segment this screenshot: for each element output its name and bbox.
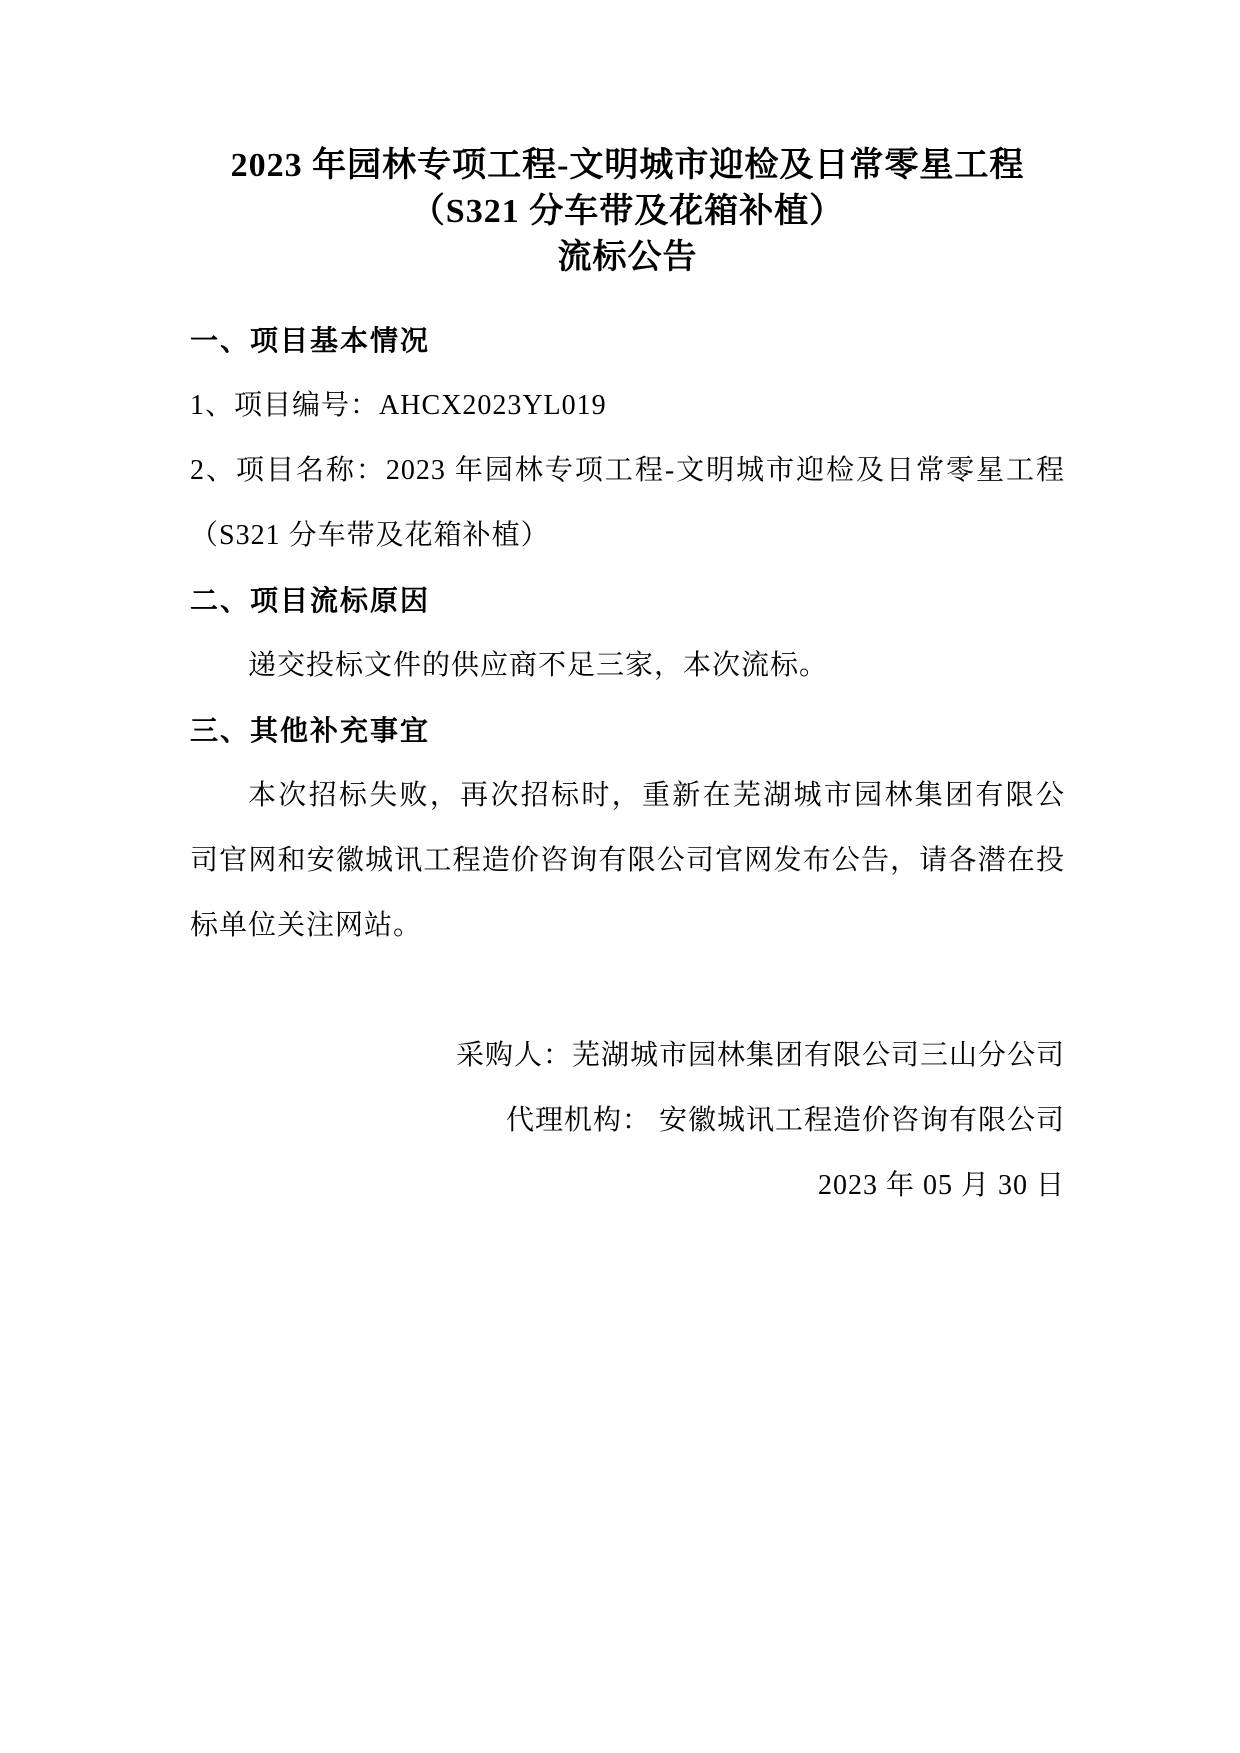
document-title-line3: 流标公告: [190, 235, 1065, 281]
failure-reason-text: 递交投标文件的供应商不足三家，本次流标。: [190, 633, 1065, 698]
project-number-line: 1、项目编号：AHCX2023YL019: [190, 373, 1065, 438]
document-title: 2023 年园林专项工程-文明城市迎检及日常零星工程 （S321 分车带及花箱补…: [190, 143, 1065, 281]
section1-heading: 一、项目基本情况: [190, 308, 1065, 373]
document-page: 2023 年园林专项工程-文明城市迎检及日常零星工程 （S321 分车带及花箱补…: [0, 0, 1240, 1753]
supplement-line2: 司官网和安徽城讯工程造价咨询有限公司官网发布公告，请各潜在投: [190, 828, 1065, 893]
purchaser-line: 采购人：芜湖城市园林集团有限公司三山分公司: [190, 1023, 1065, 1088]
document-title-line1: 2023 年园林专项工程-文明城市迎检及日常零星工程: [190, 143, 1065, 189]
document-body: 一、项目基本情况 1、项目编号：AHCX2023YL019 2、项目名称：202…: [190, 308, 1065, 1218]
agency-line: 代理机构： 安徽城讯工程造价咨询有限公司: [190, 1088, 1065, 1153]
supplement-line3: 标单位关注网站。: [190, 893, 1065, 958]
project-name-line1: 2、项目名称：2023 年园林专项工程-文明城市迎检及日常零星工程: [190, 438, 1065, 503]
supplement-line1: 本次招标失败，再次招标时，重新在芜湖城市园林集团有限公: [190, 763, 1065, 828]
section2-heading: 二、项目流标原因: [190, 568, 1065, 633]
date-line: 2023 年 05 月 30 日: [190, 1153, 1065, 1218]
document-title-line2: （S321 分车带及花箱补植）: [190, 189, 1065, 235]
project-name-line2: （S321 分车带及花箱补植）: [190, 503, 1065, 568]
blank-line: [190, 958, 1065, 1023]
document-content: 2023 年园林专项工程-文明城市迎检及日常零星工程 （S321 分车带及花箱补…: [0, 0, 1240, 1218]
section3-heading: 三、其他补充事宜: [190, 698, 1065, 763]
signature-block: 采购人：芜湖城市园林集团有限公司三山分公司 代理机构： 安徽城讯工程造价咨询有限…: [190, 1023, 1065, 1218]
